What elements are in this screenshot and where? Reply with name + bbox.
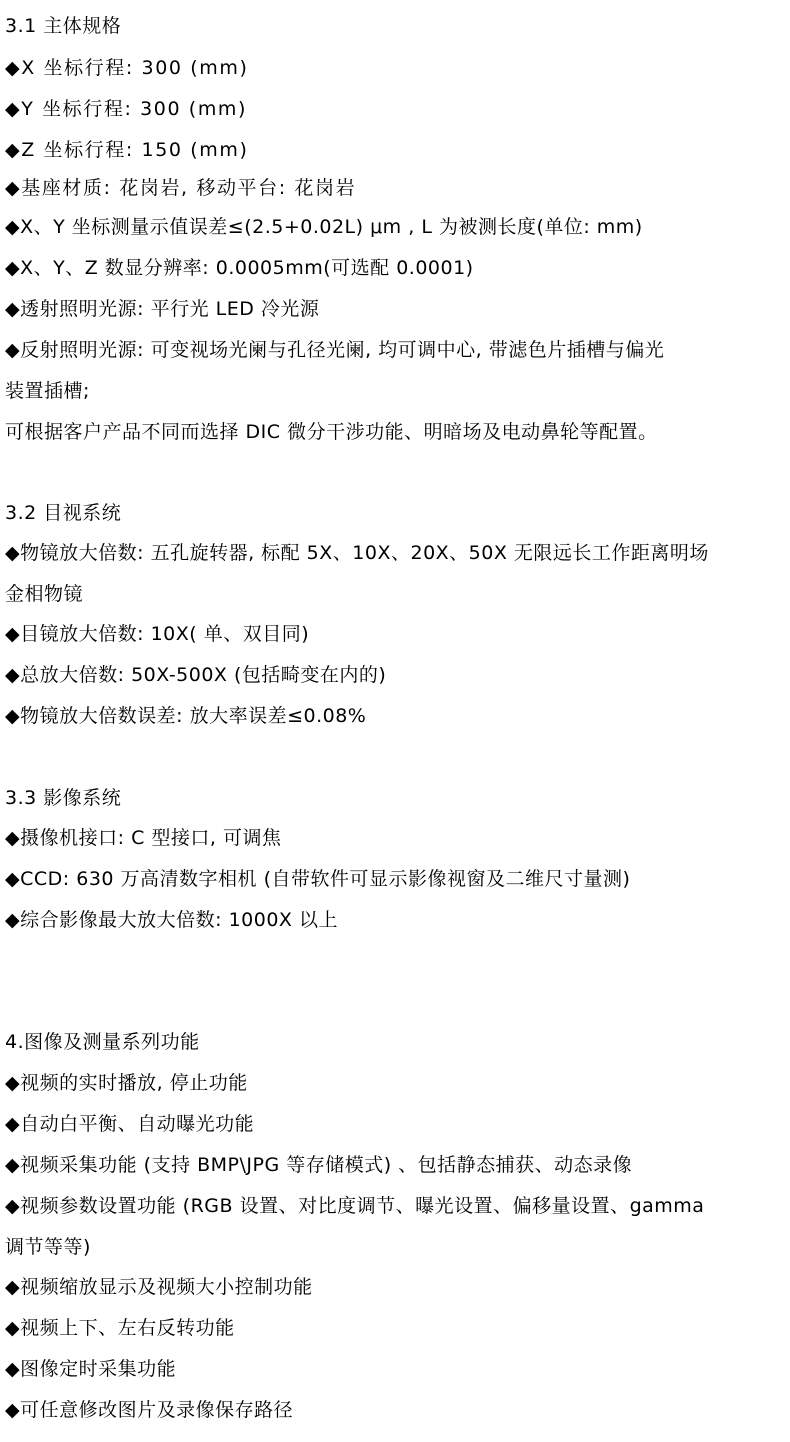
list-item: ◆视频的实时播放, 停止功能 <box>5 1071 248 1095</box>
list-item: ◆目镜放大倍数: 10X( 单、双目同) <box>5 622 309 646</box>
section-title-3-3: 3.3 影像系统 <box>5 786 121 810</box>
diamond-bullet-icon: ◆ <box>5 339 20 361</box>
diamond-bullet-icon: ◆ <box>5 623 20 645</box>
config-note: 可根据客户产品不同而选择 DIC 微分干涉功能、明暗场及电动鼻轮等配置。 <box>5 420 658 444</box>
diamond-bullet-icon: ◆ <box>5 177 21 199</box>
list-item: ◆视频参数设置功能 (RGB 设置、对比度调节、曝光设置、偏移量设置、gamma <box>5 1194 704 1218</box>
diamond-bullet-icon: ◆ <box>5 705 20 727</box>
diamond-bullet-icon: ◆ <box>5 139 21 161</box>
list-item: ◆Z 坐标行程: 150 (mm) <box>5 138 248 162</box>
list-item: ◆X、Y 坐标测量示值误差≤(2.5+0.02L) μm , L 为被测长度(单… <box>5 215 643 239</box>
diamond-bullet-icon: ◆ <box>5 298 20 320</box>
list-item: ◆视频缩放显示及视频大小控制功能 <box>5 1275 313 1299</box>
diamond-bullet-icon: ◆ <box>5 1195 20 1217</box>
diamond-bullet-icon: ◆ <box>5 1317 20 1339</box>
list-item: ◆可任意修改图片及录像保存路径 <box>5 1398 293 1422</box>
diamond-bullet-icon: ◆ <box>5 1358 20 1380</box>
list-item: ◆反射照明光源: 可变视场光阑与孔径光阑, 均可调中心, 带滤色片插槽与偏光 <box>5 338 664 362</box>
diamond-bullet-icon: ◆ <box>5 257 20 279</box>
diamond-bullet-icon: ◆ <box>5 542 20 564</box>
diamond-bullet-icon: ◆ <box>5 1276 20 1298</box>
diamond-bullet-icon: ◆ <box>5 216 20 238</box>
section-title-4: 4.图像及测量系列功能 <box>5 1030 200 1054</box>
list-item: ◆基座材质: 花岗岩, 移动平台: 花岗岩 <box>5 176 356 200</box>
diamond-bullet-icon: ◆ <box>5 827 20 849</box>
diamond-bullet-icon: ◆ <box>5 909 20 931</box>
list-item-continuation: 调节等等) <box>5 1235 91 1259</box>
section-title-3-1: 3.1 主体规格 <box>5 14 121 38</box>
list-item: ◆摄像机接口: C 型接口, 可调焦 <box>5 826 281 850</box>
list-item: ◆图像定时采集功能 <box>5 1357 176 1381</box>
list-item: ◆自动白平衡、自动曝光功能 <box>5 1112 254 1136</box>
diamond-bullet-icon: ◆ <box>5 664 20 686</box>
diamond-bullet-icon: ◆ <box>5 1399 20 1421</box>
diamond-bullet-icon: ◆ <box>5 1113 20 1135</box>
list-item: ◆透射照明光源: 平行光 LED 冷光源 <box>5 297 319 321</box>
list-item: ◆综合影像最大放大倍数: 1000X 以上 <box>5 908 338 932</box>
diamond-bullet-icon: ◆ <box>5 1072 20 1094</box>
list-item: ◆Y 坐标行程: 300 (mm) <box>5 97 247 121</box>
list-item-continuation: 金相物镜 <box>5 582 83 606</box>
list-item: ◆视频采集功能 (支持 BMP\JPG 等存储模式) 、包括静态捕获、动态录像 <box>5 1153 632 1177</box>
list-item: ◆CCD: 630 万高清数字相机 (自带软件可显示影像视窗及二维尺寸量测) <box>5 867 630 891</box>
diamond-bullet-icon: ◆ <box>5 98 21 120</box>
list-item: ◆总放大倍数: 50X-500X (包括畸变在内的) <box>5 663 386 687</box>
list-item-continuation: 装置插槽; <box>5 379 90 403</box>
diamond-bullet-icon: ◆ <box>5 1154 20 1176</box>
list-item: ◆物镜放大倍数: 五孔旋转器, 标配 5X、10X、20X、50X 无限远长工作… <box>5 541 709 565</box>
list-item: ◆X、Y、Z 数显分辨率: 0.0005mm(可选配 0.0001) <box>5 256 474 280</box>
diamond-bullet-icon: ◆ <box>5 868 20 890</box>
list-item: ◆视频上下、左右反转功能 <box>5 1316 235 1340</box>
diamond-bullet-icon: ◆ <box>5 57 21 79</box>
list-item: ◆物镜放大倍数误差: 放大率误差≤0.08% <box>5 704 366 728</box>
section-title-3-2: 3.2 目视系统 <box>5 501 121 525</box>
list-item: ◆X 坐标行程: 300 (mm) <box>5 56 248 80</box>
